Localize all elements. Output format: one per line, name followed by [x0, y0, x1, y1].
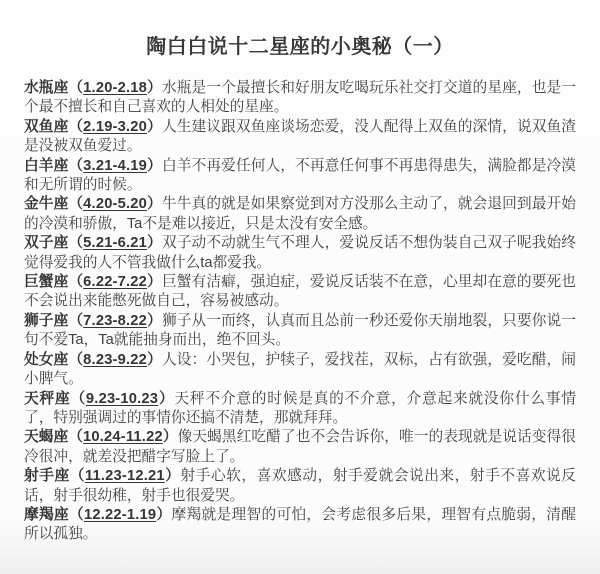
zodiac-sign-name: 狮子座	[24, 313, 68, 329]
zodiac-sign-name: 金牛座	[24, 196, 68, 212]
zodiac-date-range: 2.19-3.20	[83, 119, 147, 135]
zodiac-sign-name: 摩羯座	[24, 507, 69, 523]
paren-open: （	[68, 352, 83, 368]
paren-open: （	[69, 507, 84, 523]
zodiac-date-range: 1.20-2.18	[83, 80, 147, 96]
zodiac-date-range: 9.23-10.23	[86, 391, 158, 407]
paren-open: （	[68, 313, 83, 329]
paren-open: （	[68, 119, 83, 135]
zodiac-sign-name: 白羊座	[24, 158, 68, 174]
zodiac-sign-name: 天秤座	[24, 391, 70, 407]
page-title: 陶白白说十二星座的小奥秘（一）	[24, 34, 576, 61]
zodiac-sign-name: 双子座	[24, 235, 68, 251]
paren-close: ）	[147, 158, 162, 174]
paren-open: （	[68, 158, 83, 174]
zodiac-date-range: 5.21-6.21	[83, 235, 147, 251]
zodiac-date-range: 4.20-5.20	[83, 196, 147, 212]
zodiac-date-range: 7.23-8.22	[83, 313, 147, 329]
paren-close: ）	[147, 196, 162, 212]
zodiac-entry: 射手座（11.23-12.21）射手心软，喜欢感动，射手爱就会说出来，射手不喜欢…	[24, 467, 576, 506]
paren-open: （	[68, 80, 83, 96]
zodiac-entry: 白羊座（3.21-4.19）白羊不再爱任何人，不再意任何事不再患得患失，满脸都是…	[24, 157, 576, 196]
zodiac-entry: 巨蟹座（6.22-7.22）巨蟹有洁癖，强迫症，爱说反话装不在意，心里却在意的要…	[24, 273, 576, 312]
zodiac-entry: 双子座（5.21-6.21）双子动不动就生气不理人，爱说反话不想伪装自己双子呢我…	[24, 234, 576, 273]
zodiac-entry: 金牛座（4.20-5.20）牛牛真的就是如果察觉到对方没那么主动了，就会退回到最…	[24, 195, 576, 234]
paren-open: （	[68, 274, 83, 290]
zodiac-date-range: 12.22-1.19	[84, 507, 156, 523]
zodiac-date-range: 8.23-9.22	[83, 352, 147, 368]
zodiac-entry: 天秤座（9.23-10.23）天秤不介意的时候是真的不介意，介意起来就没你什么事…	[24, 390, 576, 429]
zodiac-sign-name: 双鱼座	[24, 119, 68, 135]
paren-open: （	[70, 468, 85, 484]
zodiac-date-range: 3.21-4.19	[83, 158, 147, 174]
paren-close: ）	[147, 119, 162, 135]
zodiac-date-range: 6.22-7.22	[83, 274, 147, 290]
zodiac-sign-name: 水瓶座	[24, 80, 68, 96]
paren-open: （	[68, 235, 83, 251]
paren-close: ）	[147, 313, 162, 329]
zodiac-date-range: 11.23-12.21	[85, 468, 165, 484]
paren-close: ）	[158, 391, 174, 407]
paren-close: ）	[156, 507, 171, 523]
zodiac-sign-name: 射手座	[24, 468, 70, 484]
paren-open: （	[70, 391, 85, 407]
zodiac-entry: 处女座（8.23-9.22）人设：小哭包，护犊子，爱找茬，双标，占有欲强，爱吃醋…	[24, 351, 576, 390]
paren-open: （	[68, 429, 83, 445]
zodiac-list: 水瓶座（1.20-2.18）水瓶是一个最擅长和好朋友吃喝玩乐社交打交道的星座，也…	[24, 79, 576, 545]
paren-close: ）	[147, 274, 162, 290]
paren-close: ）	[147, 235, 162, 251]
zodiac-sign-name: 处女座	[24, 352, 68, 368]
zodiac-entry: 双鱼座（2.19-3.20）人生建议跟双鱼座谈场恋爱，没人配得上双鱼的深情，说双…	[24, 118, 576, 157]
zodiac-entry: 天蝎座（10.24-11.22）像天蝎黑红吃醋了也不会告诉你，唯一的表现就是说话…	[24, 428, 576, 467]
zodiac-entry: 狮子座（7.23-8.22）狮子从一而终，认真而且怂前一秒还爱你天崩地裂，只要你…	[24, 312, 576, 351]
paren-close: ）	[165, 468, 181, 484]
zodiac-entry: 摩羯座（12.22-1.19）摩羯就是理智的可怕，会考虑很多后果，理智有点脆弱，…	[24, 506, 576, 545]
zodiac-sign-name: 天蝎座	[24, 429, 68, 445]
zodiac-entry: 水瓶座（1.20-2.18）水瓶是一个最擅长和好朋友吃喝玩乐社交打交道的星座，也…	[24, 79, 576, 118]
paren-close: ）	[163, 429, 178, 445]
article-page: 陶白白说十二星座的小奥秘（一） 水瓶座（1.20-2.18）水瓶是一个最擅长和好…	[0, 0, 600, 574]
paren-close: ）	[147, 352, 162, 368]
paren-close: ）	[147, 80, 162, 96]
zodiac-date-range: 10.24-11.22	[83, 429, 163, 445]
paren-open: （	[68, 196, 83, 212]
zodiac-sign-name: 巨蟹座	[24, 274, 68, 290]
